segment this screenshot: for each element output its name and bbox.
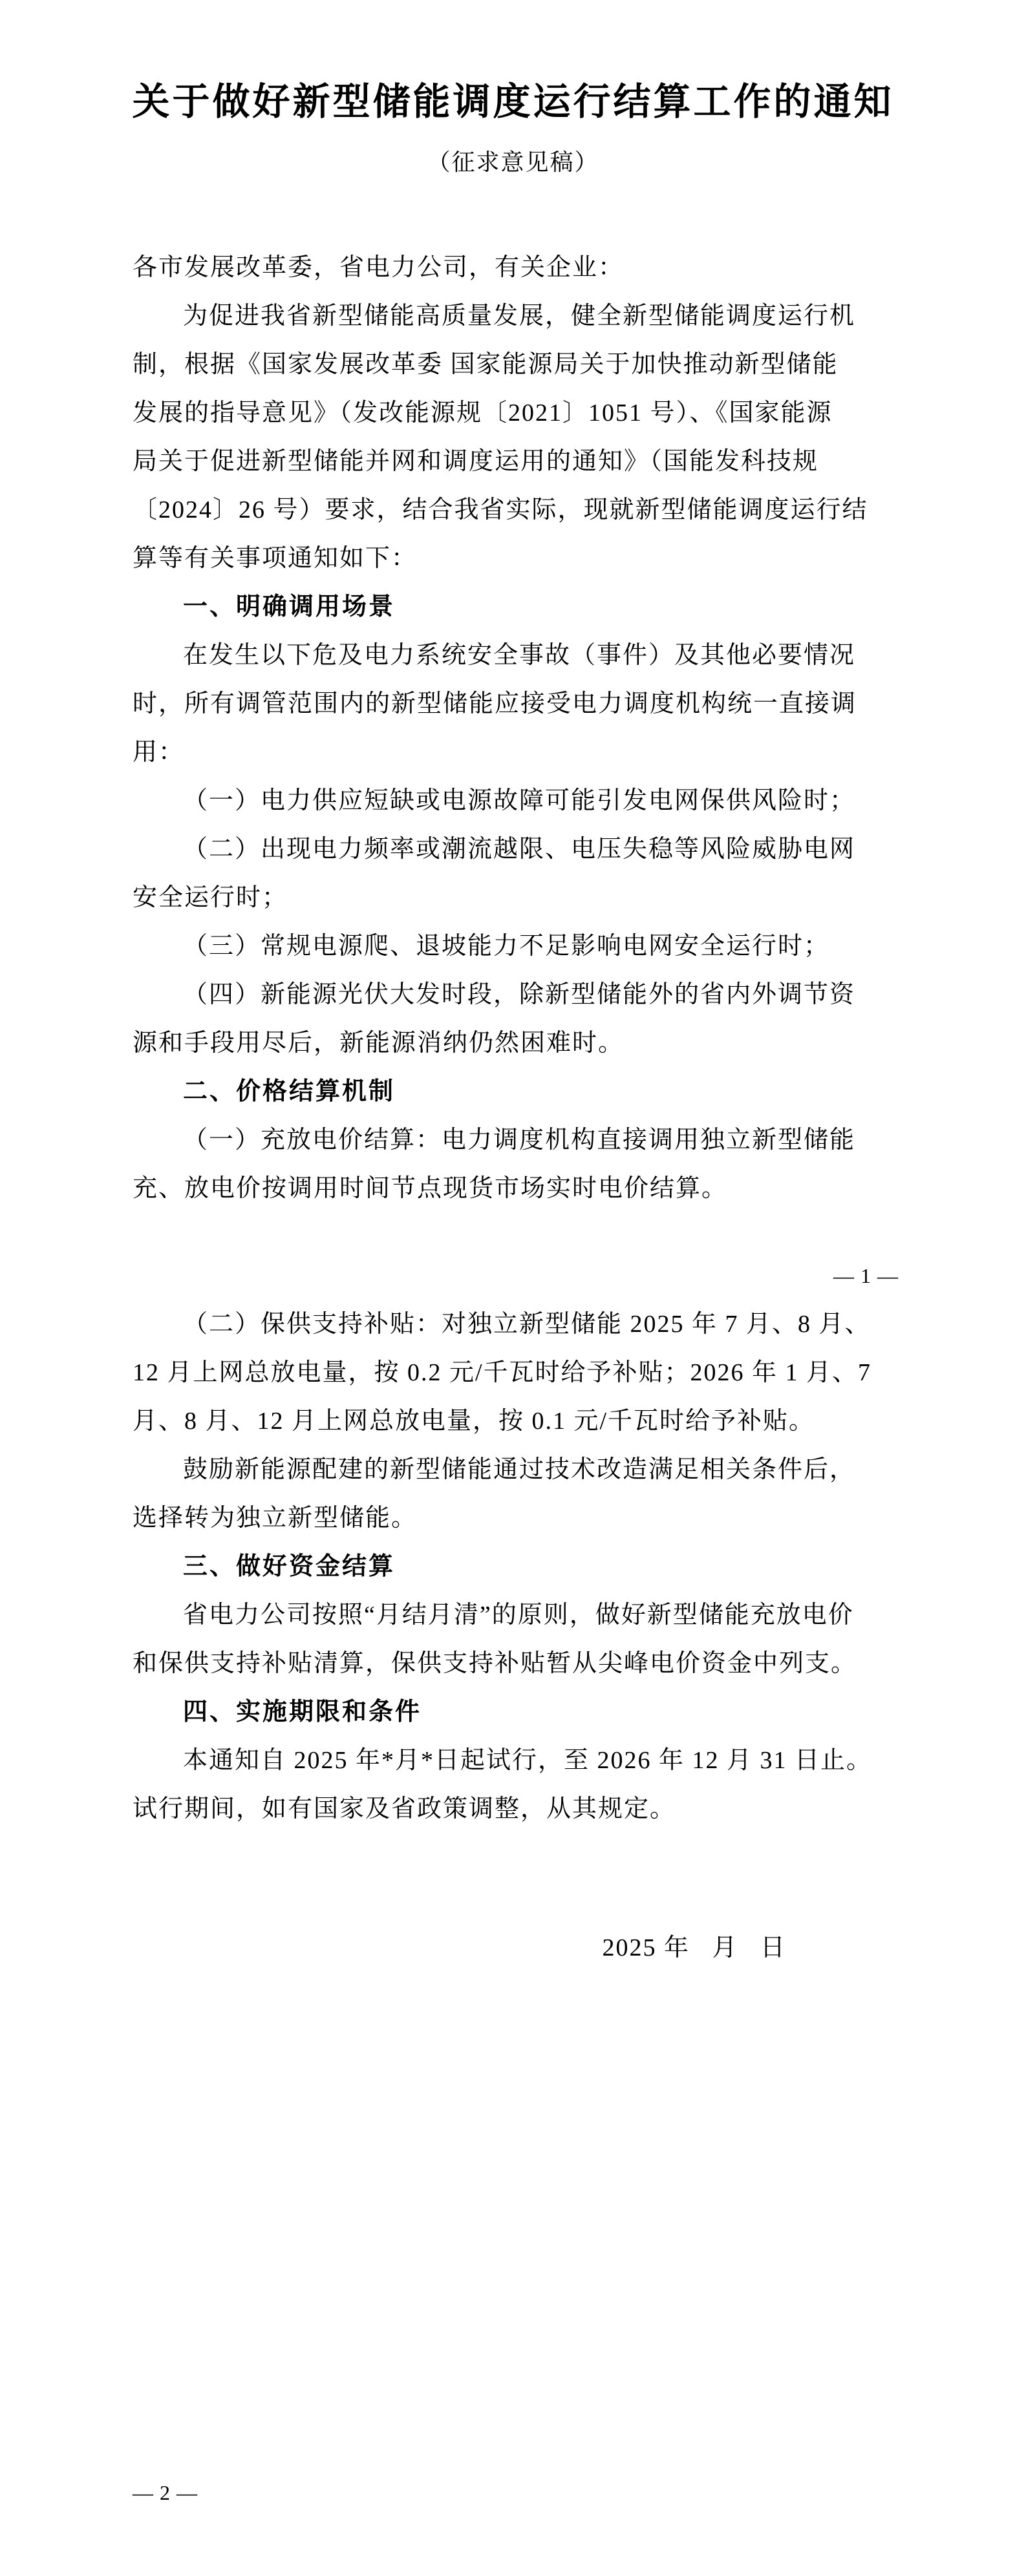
- body-line: 和保供支持补贴清算，保供支持补贴暂从尖峰电价资金中列支。: [133, 1640, 899, 1688]
- body-line: 〔2024〕26 号）要求，结合我省实际，现就新型储能调度运行结: [133, 486, 899, 534]
- body-line: 选择转为独立新型储能。: [133, 1494, 899, 1543]
- section-heading-4: 四、实施期限和条件: [133, 1688, 899, 1737]
- body-line: （一）电力供应短缺或电源故障可能引发电网保供风险时；: [133, 777, 899, 825]
- pre-footer-gap: [133, 1972, 899, 2469]
- body-line: 充、放电价按调用时间节点现货市场实时电价结算。: [133, 1165, 899, 1213]
- body-line: 本通知自 2025 年*月*日起试行，至 2026 年 12 月 31 日止。: [133, 1737, 899, 1785]
- body-line: 月、8 月、12 月上网总放电量，按 0.1 元/千瓦时给予补贴。: [133, 1397, 899, 1446]
- document-title: 关于做好新型储能调度运行结算工作的通知: [0, 0, 1026, 123]
- body-line: 发展的指导意见》（发改能源规〔2021〕1051 号）、《国家能源: [133, 389, 899, 438]
- body-line: 鼓励新能源配建的新型储能通过技术改造满足相关条件后，: [133, 1446, 899, 1494]
- body-line: （一）充放电价结算：电力调度机构直接调用独立新型储能: [133, 1116, 899, 1165]
- document-body: 各市发展改革委，省电力公司，有关企业： 为促进我省新型储能高质量发展，健全新型储…: [133, 244, 899, 2517]
- body-line: （二）出现电力频率或潮流越限、电压失稳等风险威胁电网: [133, 825, 899, 874]
- signature-date: 2025 年 月 日: [133, 1924, 899, 1972]
- body-line: 为促进我省新型储能高质量发展，健全新型储能调度运行机: [133, 292, 899, 341]
- body-line: （四）新能源光伏大发时段，除新型储能外的省内外调节资: [133, 971, 899, 1019]
- body-line: 安全运行时；: [133, 874, 899, 922]
- pre-date-gap: [133, 1833, 899, 1924]
- body-line: 源和手段用尽后，新能源消纳仍然困难时。: [133, 1019, 899, 1068]
- body-line: 用：: [133, 728, 899, 777]
- page-1-number: — 1 —: [133, 1252, 899, 1300]
- salutation-line: 各市发展改革委，省电力公司，有关企业：: [133, 244, 899, 292]
- page-2-number: — 2 —: [133, 2469, 899, 2517]
- section-heading-2: 二、价格结算机制: [133, 1068, 899, 1116]
- body-line: 制，根据《国家发展改革委 国家能源局关于加快推动新型储能: [133, 341, 899, 389]
- document-subtitle: （征求意见稿）: [0, 149, 1026, 176]
- body-line: 局关于促进新型储能并网和调度运用的通知》（国能发科技规: [133, 438, 899, 486]
- body-line: 时，所有调管范围内的新型储能应接受电力调度机构统一直接调: [133, 680, 899, 728]
- body-line: （二）保供支持补贴：对独立新型储能 2025 年 7 月、8 月、: [133, 1300, 899, 1349]
- section-heading-3: 三、做好资金结算: [133, 1543, 899, 1591]
- body-line: 试行期间，如有国家及省政策调整，从其规定。: [133, 1785, 899, 1833]
- body-line: 省电力公司按照“月结月清”的原则，做好新型储能充放电价: [133, 1591, 899, 1640]
- document-page: 关于做好新型储能调度运行结算工作的通知 （征求意见稿） 各市发展改革委，省电力公…: [0, 0, 1026, 2576]
- body-line: （三）常规电源爬、退坡能力不足影响电网安全运行时；: [133, 922, 899, 971]
- page-break-gap: [133, 1213, 899, 1252]
- body-line: 算等有关事项通知如下：: [133, 534, 899, 583]
- section-heading-1: 一、明确调用场景: [133, 583, 899, 631]
- body-line: 12 月上网总放电量，按 0.2 元/千瓦时给予补贴；2026 年 1 月、7: [133, 1349, 899, 1397]
- body-line: 在发生以下危及电力系统安全事故（事件）及其他必要情况: [133, 631, 899, 680]
